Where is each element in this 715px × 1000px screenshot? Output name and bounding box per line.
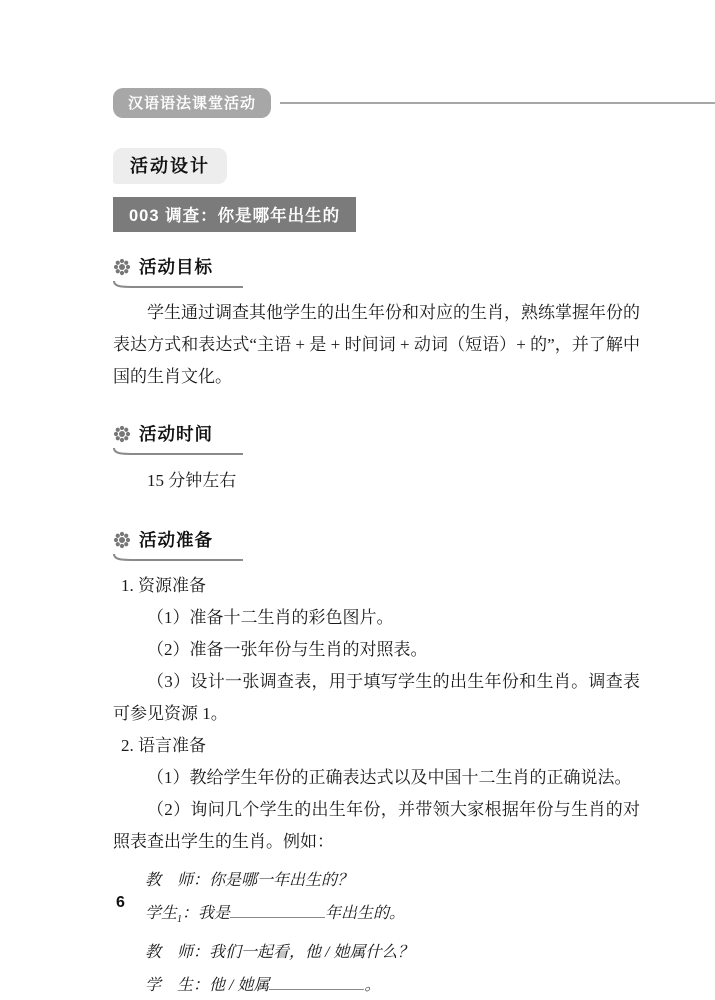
book-page: 汉语语法课堂活动 活动设计 003 调查：你是哪年出生的 活动目标 <box>0 0 715 1000</box>
activity-title-row: 003 调查：你是哪年出生的 <box>0 184 715 232</box>
dialogue-line: 学生1：我是年出生的。 <box>113 897 640 936</box>
fill-in-blank <box>230 901 325 918</box>
heading-underline-swoosh <box>113 553 243 562</box>
design-tab-wrap: 活动设计 <box>113 148 715 184</box>
design-tab: 活动设计 <box>113 148 227 184</box>
heading-underline-swoosh <box>113 447 243 456</box>
resource-item: （3）设计一张调查表，用于填写学生的出生年份和生肖。调查表可参见资源 1。 <box>113 666 640 730</box>
dialogue-line: 教 师：你是哪一年出生的？ <box>113 864 640 897</box>
heading-underline-swoosh <box>113 280 243 289</box>
dialogue-text: 。 <box>364 977 380 994</box>
dialogue-text: ：我是 <box>182 905 230 922</box>
series-header-row: 汉语语法课堂活动 <box>113 88 715 118</box>
example-dialogue: 教 师：你是哪一年出生的？ 学生1：我是年出生的。 教 师：我们一起看，他 / … <box>113 864 640 1000</box>
language-prep-label: 2. 语言准备 <box>113 730 640 762</box>
section-heading-goal: 活动目标 <box>139 254 213 279</box>
rosette-flower-icon <box>113 258 131 276</box>
dialogue-line: 教 师：我们一起看，他 / 她属什么？ <box>113 936 640 969</box>
dialogue-line: 学 生：他 / 她属。 <box>113 969 640 1000</box>
series-badge: 汉语语法课堂活动 <box>113 88 271 118</box>
activity-title-bar: 003 调查：你是哪年出生的 <box>113 197 356 232</box>
dialogue-speaker: 教 师 <box>145 872 193 889</box>
resource-prep-block: 1. 资源准备 （1）准备十二生肖的彩色图片。 （2）准备一张年份与生肖的对照表… <box>113 570 640 858</box>
resource-item: （2）准备一张年份与生肖的对照表。 <box>113 634 640 666</box>
dialogue-speaker: 教 师 <box>145 944 193 961</box>
dialogue-text: ：他 / 她属 <box>193 977 269 994</box>
rosette-flower-icon <box>113 425 131 443</box>
dialogue-text: 年出生的。 <box>325 905 405 922</box>
dialogue-speaker: 学生 <box>145 905 177 922</box>
goal-paragraph: 学生通过调查其他学生的出生年份和对应的生肖，熟练掌握年份的表达方式和表达式“主语… <box>113 297 640 393</box>
section-heading-prep: 活动准备 <box>139 527 213 552</box>
language-item: （2）询问几个学生的出生年份，并带领大家根据年份与生肖的对照表查出学生的生肖。例… <box>113 794 640 858</box>
fill-in-blank <box>269 973 364 990</box>
section-header-prep: 活动准备 <box>113 527 243 562</box>
section-header-time: 活动时间 <box>113 421 243 456</box>
dialogue-text: ：我们一起看，他 / 她属什么？ <box>193 944 413 961</box>
dialogue-speaker: 学 生 <box>145 977 193 994</box>
time-duration: 15 分钟左右 <box>113 465 640 497</box>
language-item: （1）教给学生年份的正确表达式以及中国十二生肖的正确说法。 <box>113 762 640 794</box>
page-number: 6 <box>116 894 125 912</box>
rosette-flower-icon <box>113 531 131 549</box>
resource-prep-label: 1. 资源准备 <box>113 570 640 602</box>
header-rule-line <box>280 102 715 104</box>
resource-item: （1）准备十二生肖的彩色图片。 <box>113 602 640 634</box>
section-heading-time: 活动时间 <box>139 421 213 446</box>
dialogue-text: ：你是哪一年出生的？ <box>193 872 353 889</box>
section-header-goal: 活动目标 <box>113 254 243 289</box>
